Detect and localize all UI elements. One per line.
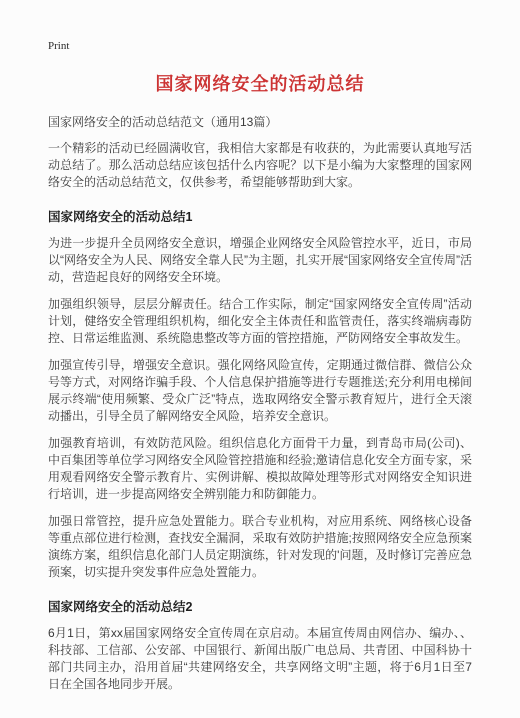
doc-subtitle: 国家网络安全的活动总结范文（通用13篇）: [48, 113, 472, 130]
section-1-paragraph-4: 加强教育培训，有效防范风险。组织信息化方面骨干力量，到青岛市局(公司)、中百集团…: [48, 435, 472, 503]
page-title: 国家网络安全的活动总结: [48, 70, 472, 96]
section-1-heading: 国家网络安全的活动总结1: [48, 207, 472, 225]
section-2-paragraph-1: 6月1日，第xx届国家网络安全宣传周在京启动。本届宣传周由网信办、编办、、科技部…: [48, 625, 472, 693]
section-1-paragraph-1: 为进一步提升全员网络安全意识，增强企业网络安全风险管控水平，近日，市局以“网络安…: [48, 235, 472, 286]
section-2-heading: 国家网络安全的活动总结2: [48, 597, 472, 615]
section-1-paragraph-2: 加强组织领导，层层分解责任。结合工作实际，制定“国家网络安全宣传周”活动计划，健…: [48, 296, 472, 347]
print-link[interactable]: Print: [48, 40, 69, 52]
section-1-paragraph-5: 加强日常管控，提升应急处置能力。联合专业机构，对应用系统、网络核心设备等重点部位…: [48, 513, 472, 581]
document-page: Print 国家网络安全的活动总结 国家网络安全的活动总结范文（通用13篇） 一…: [0, 0, 520, 718]
section-1-paragraph-3: 加强宣传引导，增强安全意识。强化网络风险宣传，定期通过微信群、微信公众号等方式，…: [48, 357, 472, 425]
intro-paragraph: 一个精彩的活动已经圆满收官，我相信大家都是有收获的，为此需要认真地写活动总结了。…: [48, 140, 472, 191]
